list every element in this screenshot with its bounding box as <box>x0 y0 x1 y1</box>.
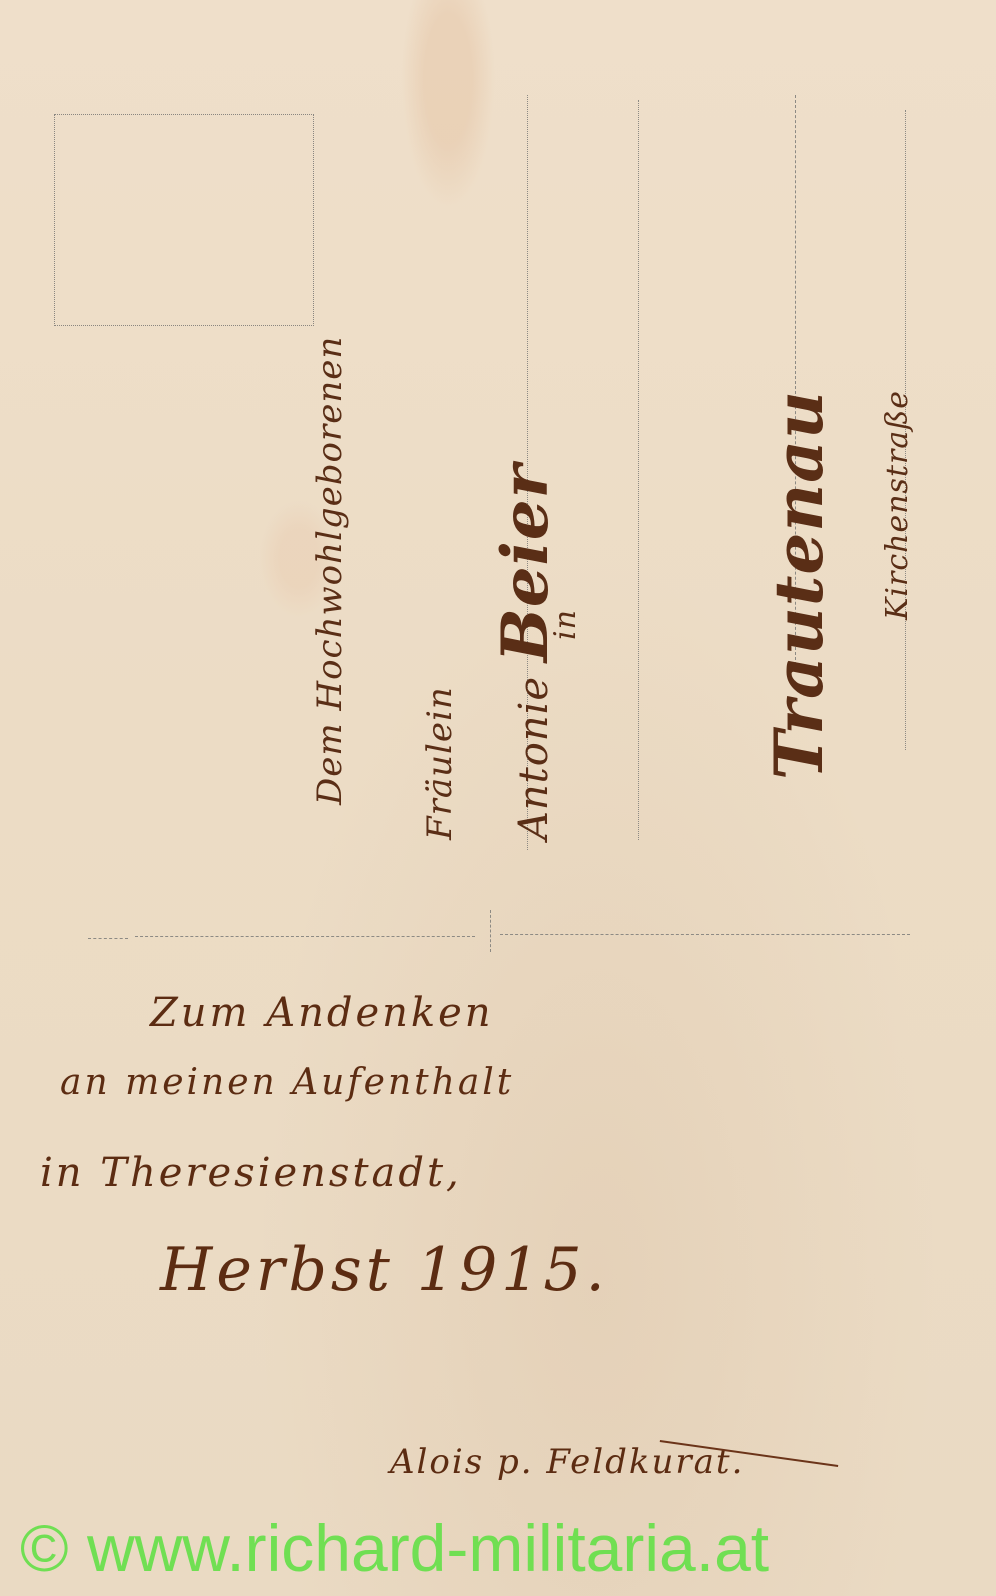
address-name: Antonie Beier <box>488 464 563 840</box>
message-divider-line <box>135 936 475 937</box>
signature: Alois p. Feldkurat. <box>390 1442 744 1482</box>
address-street: Kirchenstraße <box>880 390 915 620</box>
message-divider-line <box>88 938 128 939</box>
stamp-placeholder-box <box>54 114 314 326</box>
address-divider-line <box>638 100 639 840</box>
message-line-2: an meinen Aufenthalt <box>60 1062 514 1103</box>
postcard-back: Dem Hochwohlgeborenen Fräulein Antonie B… <box>0 0 996 1596</box>
address-salutation: Dem Hochwohlgeborenen <box>310 336 350 805</box>
message-line-4-date: Herbst 1915. <box>160 1235 609 1305</box>
address-title: Fräulein <box>420 686 460 840</box>
address-first-name: Antonie <box>511 676 557 840</box>
address-town: Trautenau <box>760 390 838 780</box>
message-line-3: in Theresienstadt, <box>40 1150 462 1196</box>
message-divider-line <box>500 934 910 935</box>
message-line-1: Zum Andenken <box>150 990 494 1036</box>
address-preposition: in <box>548 609 583 640</box>
divider-cross-tick <box>490 910 491 952</box>
copyright-watermark: © www.richard-militaria.at <box>20 1510 769 1586</box>
